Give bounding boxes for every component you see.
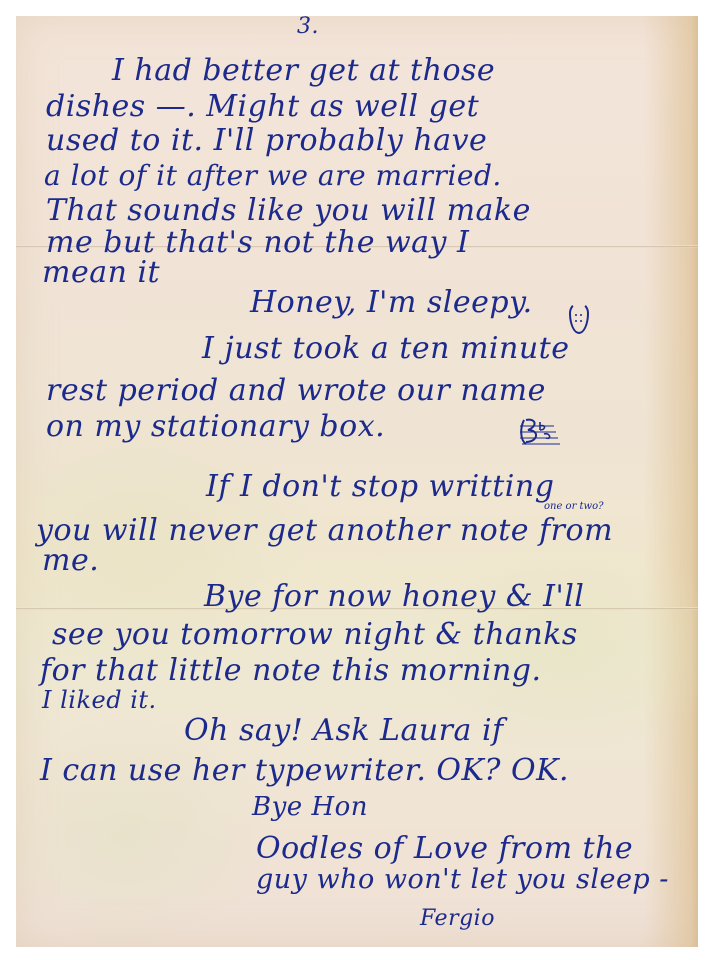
page-number: 3. (297, 16, 319, 38)
sleepy-face-icon (569, 302, 589, 334)
letter-line: I can use her typewriter. OK? OK. (40, 756, 569, 786)
letter-line: Bye Hon (252, 794, 368, 820)
letter-line: mean it (42, 258, 160, 288)
paper-stain (16, 716, 276, 947)
letter-line: see you tomorrow night & thanks (52, 620, 578, 650)
letter-line: me. (42, 546, 99, 576)
letter-page: 3. I had better get at those dishes —. M… (16, 16, 698, 947)
letter-line: That sounds like you will make (46, 196, 531, 226)
letter-line: guy who won't let you sleep - (256, 866, 669, 893)
letter-line: Oh say! Ask Laura if (184, 716, 504, 746)
signature: Fergio (420, 908, 495, 930)
letter-line: for that little note this morning. (40, 656, 542, 686)
margin-annotation: one or two? (544, 502, 604, 512)
letter-line: on my stationary box. (46, 412, 385, 442)
letter-line: I had better get at those (112, 56, 495, 86)
letter-line: rest period and wrote our name (46, 376, 546, 406)
letter-line: I liked it. (42, 688, 157, 712)
letter-line: used to it. I'll probably have (46, 126, 487, 156)
letter-line: Honey, I'm sleepy. (250, 288, 533, 318)
letter-line: you will never get another note from (36, 516, 613, 546)
monogram-initials-icon (518, 418, 562, 446)
letter-line: me but that's not the way I (46, 228, 469, 258)
letter-line: dishes —. Might as well get (46, 92, 479, 122)
letter-line: I just took a ten minute (202, 334, 569, 364)
letter-line: If I don't stop writting (206, 472, 554, 502)
letter-line: a lot of it after we are married. (44, 162, 502, 190)
letter-line: Bye for now honey & I'll (204, 582, 584, 612)
letter-line: Oodles of Love from the (256, 834, 633, 864)
